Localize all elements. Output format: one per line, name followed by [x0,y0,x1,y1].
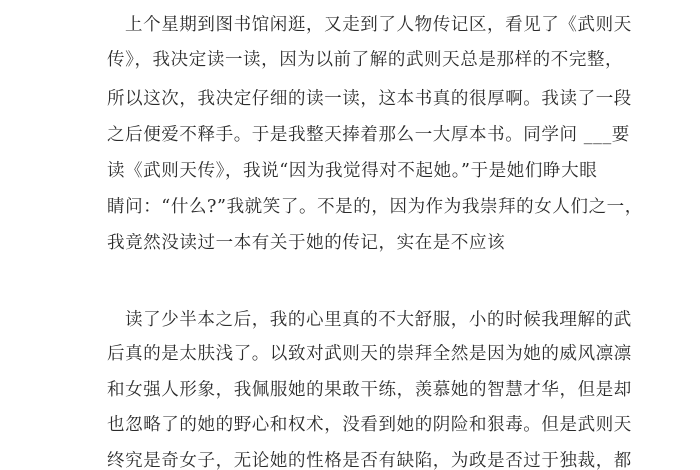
text-line: 读《武则天传》，我说“因为我觉得对不起她。”于是她们睁大眼 [107,160,585,182]
text-line: 上个星期到图书馆闲逛，又走到了人物传记区，看见了《武则天 [125,14,585,36]
text-line: 和女强人形象，我佩服她的果敢干练，羡慕她的智慧才华，但是却 [107,379,585,401]
text-line: 传》，我决定读一读，因为以前了解的武则天总是那样的不完整， [107,49,585,71]
text-line: 我竟然没读过一本有关于她的传记，实在是不应该 [107,232,585,254]
text-line: 之后便爱不释手。于是我整天捧着那么一大厚本书。同学问 ___要 [107,124,585,146]
text-line: 也忽略了的她的野心和权术，没看到她的阴险和狠毒。但是武则天 [107,414,585,436]
text-line: 后真的是太肤浅了。以致对武则天的崇拜全然是因为她的威风凛凛 [107,343,585,365]
document-page: 上个星期到图书馆闲逛，又走到了人物传记区，看见了《武则天 传》，我决定读一读，因… [0,0,700,470]
text-line: 睛问：“什么?”我就笑了。不是的，因为作为我崇拜的女人们之一， [107,196,585,218]
text-line: 读了少半本之后，我的心里真的不大舒服，小的时候我理解的武 [125,309,585,331]
text-line: 所以这次，我决定仔细的读一读，这本书真的很厚啊。我读了一段 [107,88,585,110]
text-line: 终究是奇女子，无论她的性格是否有缺陷，为政是否过于独裁，都 [107,450,585,470]
